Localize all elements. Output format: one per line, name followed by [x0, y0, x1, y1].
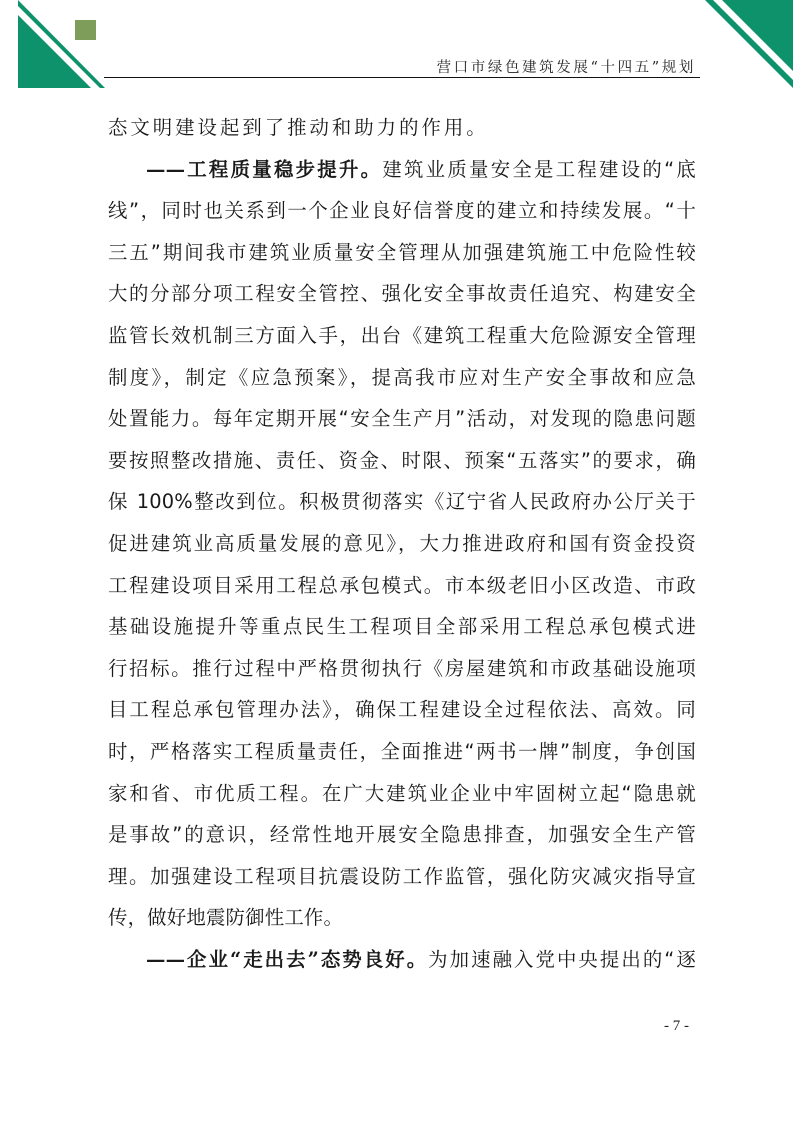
- text-line: 制度》，制定《应急预案》，提高我市应对生产安全事故和应急: [108, 357, 696, 399]
- text-line: 监管长效机制三方面入手，出台《建筑工程重大危险源安全管理: [108, 315, 696, 357]
- page-number: - 7 -: [664, 1018, 689, 1035]
- text-line: 基础设施提升等重点民生工程项目全部采用工程总承包模式进: [108, 606, 696, 648]
- text-line: 处置能力。每年定期开展“安全生产月”活动，对发现的隐患问题: [108, 398, 696, 440]
- text-line: 家和省、市优质工程。在广大建筑业企业中牢固树立起“隐患就: [108, 773, 696, 815]
- text-line: 保 100%整改到位。积极贯彻落实《辽宁省人民政府办公厅关于: [108, 481, 696, 523]
- document-body: 态文明建设起到了推动和助力的作用。 ——工程质量稳步提升。建筑业质量安全是工程建…: [108, 107, 696, 980]
- text-line: 要按照整改措施、责任、资金、时限、预案“五落实”的要求，确: [108, 440, 696, 482]
- text-line: 大的分部分项工程安全管控、强化安全事故责任追究、构建安全: [108, 273, 696, 315]
- text-line: 传，做好地震防御性工作。: [108, 897, 696, 939]
- paragraph-heading-line: ——工程质量稳步提升。建筑业质量安全是工程建设的“底: [108, 149, 696, 191]
- text-line: 三五”期间我市建筑业质量安全管理从加强建筑施工中危险性较: [108, 232, 696, 274]
- paragraph-text: 建筑业质量安全是工程建设的“底: [382, 158, 696, 181]
- text-line: 行招标。推行过程中严格贯彻执行《房屋建筑和市政基础设施项: [108, 648, 696, 690]
- text-line: 时，严格落实工程质量责任，全面推进“两书一牌”制度，争创国: [108, 731, 696, 773]
- header-decoration: [0, 0, 793, 95]
- paragraph-heading-line: ——企业“走出去”态势良好。为加速融入党中央提出的“逐: [108, 939, 696, 981]
- text-line: 态文明建设起到了推动和助力的作用。: [108, 107, 696, 149]
- green-square-icon: [75, 20, 96, 40]
- document-header-title: 营口市绿色建筑发展“十四五”规划: [437, 56, 696, 77]
- header-divider: [104, 77, 700, 78]
- text-line: 目工程总承包管理办法》，确保工程建设全过程依法、高效。同: [108, 689, 696, 731]
- paragraph-lead-quality: ——工程质量稳步提升。: [146, 158, 382, 181]
- text-line: 促进建筑业高质量发展的意见》，大力推进政府和国有资金投资: [108, 523, 696, 565]
- text-line: 理。加强建设工程项目抗震设防工作监管，强化防灾减灾指导宣: [108, 856, 696, 898]
- text-line: 是事故”的意识，经常性地开展安全隐患排查，加强安全生产管: [108, 814, 696, 856]
- text-line: 线”，同时也关系到一个企业良好信誉度的建立和持续发展。“十: [108, 190, 696, 232]
- text-line: 工程建设项目采用工程总承包模式。市本级老旧小区改造、市政: [108, 565, 696, 607]
- paragraph-text: 为加速融入党中央提出的“逐: [428, 948, 696, 971]
- paragraph-lead-enterprise: ——企业“走出去”态势良好。: [146, 948, 428, 971]
- right-corner-triangle: [722, 0, 793, 71]
